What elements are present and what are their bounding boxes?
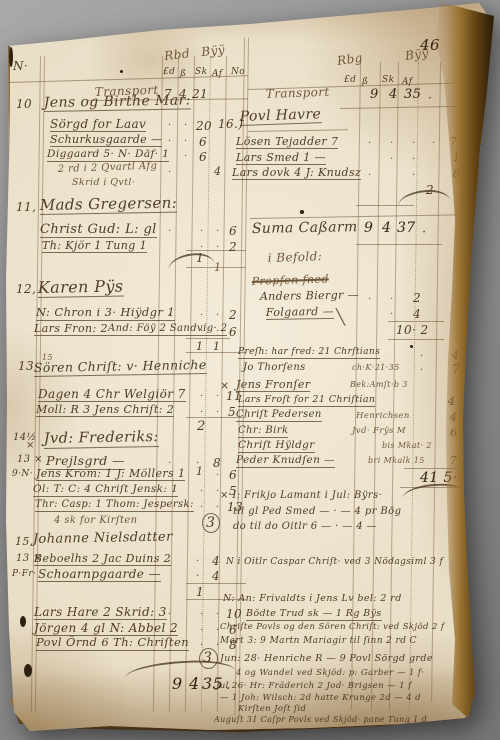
- ditto-dot: ·: [168, 227, 172, 237]
- ditto-dot: ·: [390, 155, 394, 165]
- ditto-dot: ·: [168, 459, 172, 469]
- handwritten-line: 37: [397, 221, 416, 235]
- handwritten-line: Ol: T: C: 4 Chriſt Jensk: 1: [33, 484, 178, 497]
- handwritten-line: 9: [364, 221, 373, 235]
- handwritten-line: Beboelhs 2 Jac Duins 2: [34, 553, 171, 566]
- ditto-dot: ·: [368, 139, 372, 149]
- handwritten-line: 4 og Wandel ved Skjöd: p: Garber — 1 f·: [236, 669, 424, 678]
- ditto-dot: ·: [216, 327, 220, 337]
- ditto-dot: ·: [216, 243, 220, 253]
- ditto-dot: ·: [412, 155, 416, 165]
- handwritten-line: 2: [413, 292, 421, 304]
- handwritten-line: 1: [196, 586, 204, 598]
- ditto-dot: ·: [200, 408, 204, 418]
- handwritten-line: 15,: [15, 536, 34, 547]
- handwritten-line: 2: [426, 184, 434, 196]
- handwritten-line: Bek:Amſt·b 3: [350, 381, 408, 389]
- ditto-dot: ·: [196, 459, 200, 469]
- handwritten-line: Mads Gregersen:: [40, 196, 178, 215]
- handwritten-line: Lars Hare 2 Skrid: 3: [34, 606, 167, 620]
- ditto-dot: ·: [216, 626, 220, 636]
- handwritten-line: Chriſte Povls og den Sören Chriſt: ved S…: [220, 623, 444, 632]
- ditto-dot: ·: [168, 392, 172, 402]
- handwritten-line: 10: [16, 98, 32, 110]
- handwritten-line: 13 ×: [17, 455, 43, 465]
- ditto-dot: ·: [216, 641, 220, 651]
- handwritten-line: Jun: 28· Henriche R — 9 Povl Sörgd grde: [220, 654, 433, 664]
- handwritten-line: Kirſten Joſt ſid: [238, 705, 306, 714]
- ditto-dot: ·: [200, 311, 204, 321]
- handwritten-line: Schoarnpgaarde —: [38, 568, 161, 582]
- handwritten-line: Lars Fron: 2: [34, 323, 108, 336]
- handwritten-line: Sören Chriſt: v· Henniche: [34, 359, 207, 377]
- handwritten-line: Bÿÿ: [201, 44, 226, 58]
- ditto-dot: ·: [390, 139, 394, 149]
- ditto-dot: ·: [368, 295, 372, 305]
- handwritten-line: × I: Frikjo Lamant i Jul: Bÿrs·: [220, 491, 382, 501]
- handwritten-line: Skrid i Qvtl·: [72, 178, 135, 188]
- ditto-dot: ·: [200, 626, 204, 636]
- handwritten-line: Preſh: har fred: 21 Chrſtians: [238, 348, 380, 359]
- handwritten-line: 2: [229, 241, 237, 253]
- handwriting-layer: 46 N·RbdBÿÿ£dßSkAfNoTransport7421RbgBÿÿ£…: [0, 0, 500, 740]
- handwritten-line: 3: [203, 651, 212, 665]
- handwritten-line: 4: [413, 308, 421, 320]
- handwritten-line: 1: [196, 252, 204, 264]
- handwritten-line: And: Föÿ 2 Sandvig· 2: [108, 324, 227, 336]
- handwritten-line: Transport: [266, 86, 330, 100]
- handwritten-line: Povl Örnd 6 Th: Chriſten: [36, 637, 189, 651]
- ditto-dot: ·: [200, 610, 204, 620]
- handwritten-line: Mart 3: 9 Martn Mariagir til ſinn 2 rd C: [220, 637, 417, 646]
- handwritten-line: P·Fr·: [12, 570, 36, 579]
- handwritten-line: 8: [213, 457, 221, 469]
- handwritten-line: Peder Knudſen —: [236, 455, 335, 468]
- handwritten-line: i Befold:: [268, 250, 323, 264]
- ditto-dot: ·: [420, 352, 424, 362]
- handwritten-line: 12,: [16, 283, 36, 295]
- handwritten-line: 10· 2: [396, 324, 429, 336]
- ditto-dot: ·: [432, 139, 436, 149]
- handwritten-line: 4 sk for Kirſten: [54, 516, 138, 526]
- handwritten-line: 9·N·: [12, 470, 33, 479]
- handwritten-line: 4: [382, 221, 391, 235]
- ditto-dot: ·: [390, 295, 394, 305]
- handwritten-line: 11,: [16, 201, 36, 213]
- handwritten-line: Jvd: Frederiks:: [44, 430, 159, 449]
- ditto-dot: ·: [412, 139, 416, 149]
- handwritten-line: Diggaard 5· N· Däf· 1: [47, 149, 169, 162]
- handwritten-line: Sk: [382, 76, 394, 85]
- handwritten-line: Lars Smed 1 —: [236, 152, 326, 165]
- ditto-dot: ·: [168, 557, 172, 567]
- handwritten-line: N: Chron i 3· Hiÿdgr 1: [36, 307, 175, 321]
- handwritten-line: 5: [228, 406, 236, 418]
- ditto-dot: ·: [200, 227, 204, 237]
- handwritten-line: ×: [220, 380, 230, 391]
- ditto-dot: ·: [200, 641, 204, 651]
- handwritten-line: 2: [229, 309, 237, 321]
- handwritten-line: 4: [214, 166, 221, 177]
- handwritten-line: Bödte Trud sk — 1 Rg Bÿs: [246, 609, 382, 621]
- handwritten-line: Sk: [195, 68, 207, 77]
- ditto-dot: ·: [184, 121, 188, 131]
- handwritten-line: ß: [180, 70, 186, 79]
- handwritten-line: Suma Caßarm: [252, 220, 358, 236]
- handwritten-line: 6: [229, 326, 237, 338]
- handwritten-line: £d: [344, 76, 356, 85]
- ditto-dot: ·: [216, 487, 220, 497]
- handwritten-line: Chriſt Hÿldgr: [238, 440, 315, 453]
- ditto-dot: ·: [412, 171, 416, 181]
- handwritten-line: Povl Havre: [239, 107, 321, 126]
- handwritten-line: Chriſt Pedersen: [236, 410, 322, 422]
- handwritten-line: £d: [163, 68, 175, 77]
- handwritten-line: 1: [214, 262, 221, 273]
- handwritten-line: Lösen Tejadder 7: [236, 136, 338, 149]
- ditto-dot: ·: [390, 310, 394, 320]
- handwritten-line: til gl Ped Smed — · — 4 pr Bög: [233, 507, 401, 517]
- handwritten-line: ch·K·21·35: [352, 364, 400, 372]
- handwritten-line: Lars Froſt for 21 Chriſtian: [238, 395, 375, 407]
- ditto-dot: ·: [216, 311, 220, 321]
- handwritten-line: 21: [192, 88, 208, 100]
- ditto-dot: ·: [216, 227, 220, 237]
- handwritten-line: Lars dovk 4 J: Knudsz: [232, 167, 361, 180]
- handwritten-line: Moll: R 3 Jens Chriſt: 2: [36, 404, 174, 417]
- handwritten-line: Henrichsen: [356, 412, 410, 421]
- ditto-dot: ·: [168, 168, 172, 178]
- ditto-dot: ·: [216, 503, 220, 513]
- handwritten-line: Jörgen 4 gl N: Abbel 2: [34, 622, 178, 636]
- ditto-dot: ·: [196, 572, 200, 582]
- handwritten-line: Christ Gud: L: gl: [40, 223, 157, 238]
- handwritten-line: Karen Pÿs: [38, 279, 124, 298]
- handwritten-line: 6: [229, 225, 237, 237]
- ditto-dot: ·: [168, 311, 172, 321]
- handwritten-line: N: An: Frivaldts i Jens Lv bel: 2 rd: [223, 594, 402, 604]
- handwritten-line: Johanne Nielsdatter: [33, 531, 173, 546]
- handwritten-line: do til do Oitlr 6 — · — 4 —: [233, 522, 377, 532]
- handwritten-line: ×: [26, 441, 35, 451]
- handwritten-line: 4: [212, 570, 220, 582]
- handwritten-line: 4: [389, 88, 398, 101]
- handwritten-line: Schurkusgaarde —: [50, 134, 162, 147]
- handwritten-line: Jo Thorſens: [243, 363, 306, 373]
- handwritten-line: Rbg: [336, 52, 363, 67]
- handwritten-line: ·: [428, 92, 432, 104]
- ditto-dot: ·: [168, 121, 172, 131]
- handwritten-line: Bÿÿ: [404, 47, 429, 62]
- handwritten-line: 1: [196, 341, 203, 352]
- handwritten-line: No: [231, 68, 245, 77]
- ditto-dot: ·: [200, 487, 204, 497]
- handwritten-line: 4: [189, 676, 200, 692]
- handwritten-line: 1: [213, 341, 220, 352]
- ditto-dot: ·: [196, 557, 200, 567]
- handwritten-line: Folgaard —: [266, 306, 334, 320]
- handwritten-line: 6: [199, 151, 207, 163]
- handwritten-line: 6: [199, 136, 207, 148]
- ditto-dot: ·: [200, 392, 204, 402]
- handwritten-line: 9: [172, 676, 183, 692]
- handwritten-line: Jul 26· Hr: Fräderich 2 Jod· Brigsen — 1…: [216, 682, 412, 691]
- handwritten-line: Jvd· Frÿs M: [352, 427, 406, 436]
- ditto-dot: ·: [184, 137, 188, 147]
- handwritten-line: Jens og Birthe Mar:: [44, 93, 191, 112]
- handwritten-line: Th: Kjör 1 Tung 1: [42, 240, 147, 253]
- handwritten-line: Auguſt 31 Caſpr Povls ved Skjöd· pane Tu…: [214, 716, 427, 724]
- handwritten-line: 6: [229, 469, 237, 481]
- handwritten-line: ß: [362, 78, 368, 87]
- ledger-page: 46 N·RbdBÿÿ£dßSkAfNoTransport7421RbgBÿÿ£…: [0, 0, 500, 740]
- handwritten-line: Af: [212, 70, 222, 79]
- handwritten-line: Jens Krom: 1 J: Möllers 1: [36, 468, 185, 481]
- handwritten-line: Dagen 4 Chr Welgiör 7: [38, 388, 186, 402]
- ditto-dot: ·: [184, 152, 188, 162]
- ditto-dot: ·: [368, 171, 372, 181]
- handwritten-line: 2: [197, 420, 206, 433]
- handwritten-line: 9: [370, 88, 379, 101]
- handwritten-line: Propfen fned: [252, 273, 329, 287]
- handwritten-line: N i Oitlr Caspar Chriſt· ved 3 Nödagsiml…: [226, 558, 443, 567]
- handwritten-line: Anders Biergr —: [260, 289, 359, 302]
- handwritten-line: ╲: [336, 310, 345, 325]
- handwritten-line: 2 rd i 2 Qvartl Afg: [58, 162, 158, 175]
- ditto-dot: ·: [216, 392, 220, 402]
- handwritten-line: Chr: Birk: [238, 426, 288, 438]
- handwritten-line: 20: [196, 120, 212, 132]
- handwritten-line: ·: [422, 226, 427, 239]
- handwritten-line: Sörgd for Laav: [50, 118, 146, 132]
- ditto-dot: ·: [216, 408, 220, 418]
- handwritten-line: — 1 Joh: Wilsch: 2d hatte Krunge 2d — 4 …: [220, 694, 421, 703]
- handwritten-line: N·: [13, 60, 28, 72]
- ledger-book: 46 N·RbdBÿÿ£dßSkAfNoTransport7421RbgBÿÿ£…: [0, 0, 500, 740]
- ditto-dot: ·: [216, 610, 220, 620]
- ditto-dot: ·: [200, 327, 204, 337]
- handwritten-line: Jens Fronſer: [236, 379, 310, 392]
- ditto-dot: ·: [168, 137, 172, 147]
- ditto-dot: ·: [168, 610, 172, 620]
- ditto-dot: ·: [216, 471, 220, 481]
- ditto-dot: ·: [200, 503, 204, 513]
- ditto-dot: ·: [420, 366, 424, 376]
- handwritten-line: 10: [226, 608, 242, 620]
- handwritten-line: bri Mkalk 15: [368, 457, 425, 465]
- handwritten-line: 3: [206, 516, 215, 530]
- handwritten-line: Rbd: [164, 47, 191, 62]
- handwritten-line: 4: [212, 555, 220, 567]
- handwritten-line: Af: [402, 78, 412, 87]
- handwritten-line: Thr: Casp: 1 Thom: Jespersk:: [35, 500, 194, 512]
- ditto-dot: ·: [200, 243, 204, 253]
- handwritten-line: bis Mkat· 2: [382, 442, 432, 450]
- handwritten-line: 35: [404, 88, 421, 101]
